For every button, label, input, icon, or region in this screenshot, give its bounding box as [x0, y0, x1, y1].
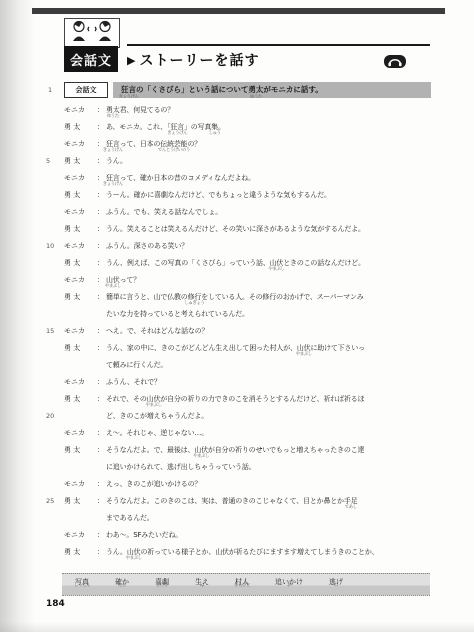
- dialogue-row: 10モニカ：ふうん。深さのある笑い？: [45, 240, 431, 257]
- dialogue-text: て頼みに行くんだ。: [106, 359, 431, 370]
- dialogue-text: うーん。確かに喜劇なんだけど、でもちょっと違うような気もするんだ。: [106, 189, 431, 200]
- speaker-colon: ：: [97, 104, 106, 115]
- dialogue-text: そうなんだよ。で、最後は、山伏やまぶしが自分の祈りのせいでもっと増えちゃったきの…: [106, 444, 431, 455]
- dialogue-text: ふうん。深さのある笑い？: [106, 240, 431, 251]
- line-number: [45, 138, 64, 140]
- speaker-colon: ：: [97, 240, 106, 251]
- dialogue-text: え〜。それじゃ、逆じゃない…。: [106, 427, 431, 438]
- speaker-name: [64, 512, 97, 513]
- conversation-icon-box: [64, 18, 120, 48]
- line-number: [45, 478, 64, 480]
- dialogue-text: たいな力を持っていると考えられているんだ。: [106, 308, 431, 319]
- dialogue-text: ふうん、それで？: [106, 376, 431, 387]
- speaker-colon: ：: [97, 444, 106, 455]
- speaker-colon: ：: [97, 342, 106, 353]
- speaker-name: 勇 太: [64, 342, 97, 353]
- speaker-colon: ：: [97, 325, 106, 336]
- dialogue-row: モニカ：勇太ゆうた君、何見てるの？: [45, 104, 431, 121]
- speaker-colon: ：: [97, 155, 106, 166]
- furigana: やまぶし: [193, 453, 209, 459]
- speaker-name: 勇 太: [64, 291, 97, 302]
- line-number: 10: [45, 240, 64, 250]
- dialogue-row: に追いかけられて、逃げ出しちゃうっていう話。: [45, 461, 431, 478]
- ruby-word: 狂言きょうげん: [106, 139, 120, 149]
- ruby-word: 山伏やまぶし: [297, 343, 311, 353]
- dialogue-text: うん。: [106, 155, 431, 166]
- speaker-colon: [97, 512, 106, 513]
- dialogue-row: 勇 太：あ、モニカ。これ、「狂言きょうげん」の写真集しゅう。: [45, 121, 431, 138]
- vocab-word: 追いかけお: [275, 574, 303, 587]
- furigana: でんとうげいのう: [158, 147, 190, 153]
- speaker-name: 勇 太: [64, 155, 97, 166]
- speaker-colon: ：: [97, 291, 106, 302]
- dialogue-row: モニカ：え〜。それじゃ、逆じゃない…。: [45, 427, 431, 444]
- ruby-word: 狂言きょうげん: [106, 173, 120, 183]
- ruby-word: 集しゅう: [211, 122, 218, 132]
- dialogue-text: うん、家の中に、きのこがどんどん生え出して困った村人が、山伏やまぶしに助けて下さ…: [106, 342, 431, 353]
- line-number: [45, 461, 64, 463]
- vocab-word: 確かたし: [115, 574, 129, 587]
- line-number: [45, 512, 64, 514]
- speaker-colon: [97, 308, 106, 309]
- dialogue-text: まであるんだ。: [106, 512, 431, 523]
- speaker-name: 勇 太: [64, 393, 97, 404]
- furigana: やまぶし: [126, 555, 142, 561]
- dialogue-row: 15モニカ：へえ。で、それはどんな話なの？: [45, 325, 431, 342]
- dialogue-block: モニカ：勇太ゆうた君、何見てるの？勇 太：あ、モニカ。これ、「狂言きょうげん」の…: [45, 104, 431, 563]
- speaker-name: モニカ: [64, 427, 97, 438]
- line-number: [45, 393, 64, 395]
- ruby-word: 勇太ゆうた: [248, 82, 263, 97]
- vocab-word: 写真しゃしん: [75, 574, 89, 587]
- dialogue-row: 勇 太：簡単に言うと、山で仏教の修行しゅぎょうをしている人。その修行のおかげで、…: [45, 291, 431, 308]
- page-number: 184: [46, 599, 65, 609]
- dialogue-row: モニカ：山伏やまぶしって？: [45, 274, 431, 291]
- speaker-colon: ：: [97, 546, 106, 557]
- ruby-word: 山伏やまぶし: [194, 445, 208, 455]
- dialogue-row: 勇 太：それで、その山伏やまぶしが自分の祈りの力できのこを消そうとするんだけど、…: [45, 393, 431, 410]
- speaker-colon: ：: [97, 376, 106, 387]
- dialogue-text: うん。笑えることは笑えるんだけど、その笑いに深さがあるような気がするんだよ。: [106, 223, 431, 234]
- dialogue-row: モニカ：わあ〜。SFみたいだね。: [45, 529, 431, 546]
- furigana: やまぶし: [105, 283, 121, 289]
- dialogue-text: 狂言きょうげんって、日本の伝統芸能でんとうげいのうの？: [106, 138, 431, 149]
- vocab-word: 村人むらびと: [235, 574, 249, 587]
- speaker-name: 勇 太: [64, 495, 97, 506]
- line-number: [45, 223, 64, 225]
- line-number: 1: [45, 86, 64, 94]
- speaker-name: モニカ: [64, 376, 97, 387]
- line-number: [45, 546, 64, 548]
- dialogue-text: そうなんだよ。このきのこは、実は、普通のきのこじゃなくて、目とか鼻とか手足てあし: [106, 495, 431, 506]
- ruby-word: 狂言きょうげん: [121, 82, 136, 97]
- dialogue-row: 勇 太：うーん。確かに喜劇なんだけど、でもちょっと違うような気もするんだ。: [45, 189, 431, 206]
- scan-gutter-shadow: [0, 0, 36, 632]
- headphones-icon: [384, 54, 406, 68]
- furigana: お: [287, 582, 291, 588]
- line-number: [45, 376, 64, 378]
- line-number: [45, 308, 64, 310]
- dialogue-row: モニカ：えっ、きのこが追いかけるの？: [45, 478, 431, 495]
- textbook-page: 会話文 ▶ ストーリーを話す 1 会話文 狂言きょうげんの「くさびら」という話に…: [0, 0, 474, 632]
- caption-text: 狂言きょうげんの「くさびら」という話について勇太ゆうたがモニカに話す。: [113, 82, 431, 98]
- speaker-colon: [97, 410, 106, 411]
- dialogue-text: ふうん。でも、笑える話なんでしょ。: [106, 206, 431, 217]
- ruby-word: 勇太ゆうた: [106, 105, 120, 115]
- furigana: に: [334, 582, 338, 588]
- speaker-name: 勇 太: [64, 444, 97, 455]
- dialogue-row: 勇 太：そうなんだよ。で、最後は、山伏やまぶしが自分の祈りのせいでもっと増えちゃ…: [45, 444, 431, 461]
- furigana: しゅう: [209, 130, 221, 136]
- dialogue-row: 5勇 太：うん。: [45, 155, 431, 172]
- furigana: きょうげん: [167, 130, 187, 136]
- speaker-colon: ：: [97, 257, 106, 268]
- speaker-colon: [97, 461, 106, 462]
- speaker-colon: ：: [97, 393, 106, 404]
- furigana: きげき: [156, 582, 168, 588]
- dialogue-row: モニカ：狂言きょうげんって、日本の伝統芸能でんとうげいのうの？: [45, 138, 431, 155]
- speaker-name: 勇 太: [64, 189, 97, 200]
- scan-bottom-shadow: [0, 622, 474, 632]
- line-number: [45, 444, 64, 446]
- speaker-name: モニカ: [64, 206, 97, 217]
- line-number: [45, 342, 64, 344]
- ruby-word: 狂言きょうげん: [170, 122, 184, 132]
- speaker-name: 勇 太: [64, 546, 97, 557]
- speaker-colon: ：: [97, 495, 106, 506]
- vocab-word: 生えは: [195, 574, 209, 587]
- speaker-colon: ：: [97, 189, 106, 200]
- dialogue-row: て頼みに行くんだ。: [45, 359, 431, 376]
- dialogue-text: わあ〜。SFみたいだね。: [106, 529, 431, 540]
- speaker-name: 勇 太: [64, 121, 97, 132]
- vocab-word: 喜劇きげき: [155, 574, 169, 587]
- dialogue-text: あ、モニカ。これ、「狂言きょうげん」の写真集しゅう。: [106, 121, 431, 132]
- ruby-word: 山伏やまぶし: [270, 258, 284, 268]
- dialogue-text: えっ、きのこが追いかけるの？: [106, 478, 431, 489]
- dialogue-row: モニカ：ふうん、それで？: [45, 376, 431, 393]
- line-number: 5: [45, 155, 64, 165]
- line-number: [45, 359, 64, 361]
- furigana: やまぶし: [145, 402, 161, 408]
- line-number: [45, 427, 64, 429]
- dialogue-text: に追いかけられて、逃げ出しちゃうっていう話。: [106, 461, 431, 472]
- dialogue-row: 20ど、きのこが増えちゃうんだよ。: [45, 410, 431, 427]
- ruby-word: 伝統芸能でんとうげいのう: [160, 139, 187, 149]
- speaker-colon: ：: [97, 223, 106, 234]
- dialogue-row: 勇 太：うん。笑えることは笑えるんだけど、その笑いに深さがあるような気がするんだ…: [45, 223, 431, 240]
- speaker-name: モニカ: [64, 104, 97, 115]
- ruby-word: 手足てあし: [344, 496, 358, 506]
- line-number: [45, 104, 64, 106]
- speaker-colon: [97, 359, 106, 360]
- furigana: やまぶし: [268, 266, 284, 272]
- page-top-bar: [32, 8, 445, 14]
- furigana: は: [200, 582, 204, 588]
- section-label: 会話文: [70, 50, 112, 69]
- speaker-name: モニカ: [64, 240, 97, 251]
- dialogue-text: うん、例えば、この写真の「くさびら」っていう話、山伏やまぶしときのこの話なんだけ…: [106, 257, 431, 268]
- furigana: ゆうた: [250, 90, 262, 98]
- speaker-name: モニカ: [64, 325, 97, 336]
- speaker-name: [64, 410, 97, 411]
- page-title: ストーリーを話す: [139, 50, 259, 70]
- furigana: きょうげん: [103, 147, 123, 153]
- speaker-colon: ：: [97, 206, 106, 217]
- vocab-footer-bar: 写真しゃしん確かたし喜劇きげき生えは村人むらびと追いかけお逃げに: [62, 573, 430, 596]
- dialogue-row: モニカ：狂言きょうげんって、確か日本の昔のコメディなんだよね。: [45, 172, 431, 189]
- dialogue-row: まであるんだ。: [45, 512, 431, 529]
- speaker-colon: ：: [97, 478, 106, 489]
- speaker-name: 勇 太: [64, 257, 97, 268]
- speaker-colon: ：: [97, 121, 106, 132]
- speaker-name: [64, 308, 97, 309]
- dialogue-row: 勇 太：うん。山伏やまぶしの祈っている様子とか、山伏が祈るたびにますます増えてし…: [45, 546, 431, 563]
- ruby-word: 山伏やまぶし: [127, 547, 141, 557]
- title-rule: [127, 44, 430, 46]
- speaker-colon: ：: [97, 529, 106, 540]
- line-number: 15: [45, 325, 64, 335]
- furigana: たし: [118, 582, 126, 588]
- line-number: [45, 121, 64, 123]
- furigana: やまぶし: [296, 351, 312, 357]
- line-number: [45, 189, 64, 191]
- dialogue-text: 山伏やまぶしって？: [106, 274, 431, 285]
- speaker-colon: ：: [97, 427, 106, 438]
- ruby-word: 修行しゅぎょう: [188, 292, 202, 302]
- caption-label-box: 会話文: [64, 82, 108, 98]
- speaker-name: 勇 太: [64, 223, 97, 234]
- line-number: [45, 291, 64, 293]
- line-number: [45, 257, 64, 259]
- furigana: ゆうた: [107, 113, 119, 119]
- title-row: ▶ ストーリーを話す: [127, 50, 259, 70]
- vocab-word: 逃げに: [329, 574, 343, 587]
- furigana: しゃしん: [74, 582, 90, 588]
- dialogue-row: モニカ：ふうん。でも、笑える話なんでしょ。: [45, 206, 431, 223]
- line-number: [45, 529, 64, 531]
- dialogue-row: 勇 太：うん、家の中に、きのこがどんどん生え出して困った村人が、山伏やまぶしに助…: [45, 342, 431, 359]
- speaker-name: モニカ: [64, 172, 97, 183]
- dialogue-text: それで、その山伏やまぶしが自分の祈りの力できのこを消そうとするんだけど、祈れば祈…: [106, 393, 431, 404]
- line-number: [45, 274, 64, 276]
- furigana: てあし: [345, 504, 357, 510]
- dialogue-row: たいな力を持っていると考えられているんだ。: [45, 308, 431, 325]
- two-speakers-icon: [70, 19, 114, 47]
- dialogue-text: へえ。で、それはどんな話なの？: [106, 325, 431, 336]
- line-number: [45, 206, 64, 208]
- line-number: [45, 172, 64, 174]
- dialogue-row: 勇 太：うん、例えば、この写真の「くさびら」っていう話、山伏やまぶしときのこの話…: [45, 257, 431, 274]
- title-marker-icon: ▶: [127, 55, 135, 66]
- caption-row: 1 会話文 狂言きょうげんの「くさびら」という話について勇太ゆうたがモニカに話す…: [45, 81, 431, 98]
- ruby-word: 山伏やまぶし: [147, 394, 161, 404]
- dialogue-text: 勇太ゆうた君、何見てるの？: [106, 104, 431, 115]
- ruby-word: 山伏やまぶし: [106, 275, 120, 285]
- furigana: むらびと: [234, 582, 250, 588]
- furigana: しゅぎょう: [184, 300, 204, 306]
- line-number: 20: [45, 410, 64, 420]
- dialogue-text: 簡単に言うと、山で仏教の修行しゅぎょうをしている人。その修行のおかげで、スーパー…: [106, 291, 431, 302]
- speaker-name: モニカ: [64, 274, 97, 285]
- speaker-name: [64, 359, 97, 360]
- speaker-name: モニカ: [64, 138, 97, 149]
- speaker-name: [64, 461, 97, 462]
- dialogue-text: ど、きのこが増えちゃうんだよ。: [106, 410, 431, 421]
- section-label-box: 会話文: [64, 46, 118, 72]
- speaker-name: モニカ: [64, 529, 97, 540]
- furigana: きょうげん: [119, 90, 139, 98]
- furigana: きょうげん: [103, 181, 123, 187]
- dialogue-row: 25勇 太：そうなんだよ。このきのこは、実は、普通のきのこじゃなくて、目とか鼻と…: [45, 495, 431, 512]
- dialogue-text: うん。山伏やまぶしの祈っている様子とか、山伏が祈るたびにますます増えてしまうきの…: [106, 546, 431, 557]
- dialogue-text: 狂言きょうげんって、確か日本の昔のコメディなんだよね。: [106, 172, 431, 183]
- line-number: 25: [45, 495, 64, 505]
- speaker-name: モニカ: [64, 478, 97, 489]
